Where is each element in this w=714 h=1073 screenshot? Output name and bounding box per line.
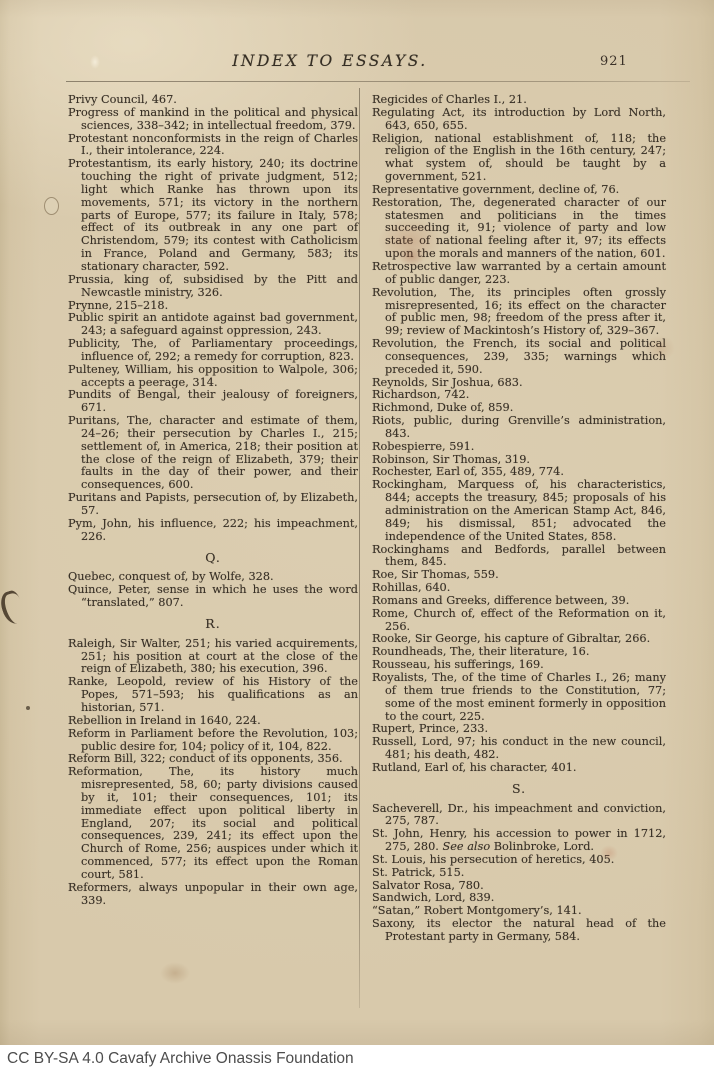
index-entry: Puritans and Papists, persecution of, by… bbox=[68, 492, 358, 518]
binding-thread-mark bbox=[0, 589, 27, 627]
index-entry: Rockingham, Marquess of, his characteris… bbox=[372, 479, 666, 543]
index-entry: Reformers, always unpopular in their own… bbox=[68, 882, 358, 908]
index-entry: Pulteney, William, his opposition to Wal… bbox=[68, 364, 358, 390]
index-entry: Quince, Peter, sense in which he uses th… bbox=[68, 584, 358, 610]
index-entry: Rohillas, 640. bbox=[372, 582, 666, 595]
index-entry: Public spirit an antidote against bad go… bbox=[68, 312, 358, 338]
index-entry: Reform in Parliament before the Revoluti… bbox=[68, 728, 358, 754]
index-entry: Representative government, decline of, 7… bbox=[372, 184, 666, 197]
column-left: Privy Council, 467.Progress of mankind i… bbox=[68, 94, 358, 907]
column-right: Regicides of Charles I., 21.Regulating A… bbox=[372, 94, 666, 944]
index-entry: Publicity, The, of Parliamentary proceed… bbox=[68, 338, 358, 364]
index-entry: Saxony, its elector the natural head of … bbox=[372, 918, 666, 944]
page-title: INDEX TO ESSAYS. bbox=[140, 52, 520, 70]
license-footer: CC BY-SA 4.0 Cavafy Archive Onassis Foun… bbox=[0, 1045, 714, 1073]
page-number: 921 bbox=[600, 54, 660, 69]
index-entry: Retrospective law warranted by a certain… bbox=[372, 261, 666, 287]
index-entry: Regicides of Charles I., 21. bbox=[372, 94, 666, 107]
index-entry: Raleigh, Sir Walter, 251; his varied acq… bbox=[68, 638, 358, 677]
section-heading: S. bbox=[372, 783, 666, 796]
index-entry: Russell, Lord, 97; his conduct in the ne… bbox=[372, 736, 666, 762]
binding-dot-mark bbox=[26, 706, 30, 710]
index-entry: Protestant nonconformists in the reign o… bbox=[68, 133, 358, 159]
index-entry: St. Patrick, 515. bbox=[372, 867, 666, 880]
index-entry: Rebellion in Ireland in 1640, 224. bbox=[68, 715, 358, 728]
index-entry: Royalists, The, of the time of Charles I… bbox=[372, 672, 666, 723]
index-entry: Puritans, The, character and estimate of… bbox=[68, 415, 358, 492]
index-entry: Regulating Act, its introduction by Lord… bbox=[372, 107, 666, 133]
index-entry: Riots, public, during Grenville’s admini… bbox=[372, 415, 666, 441]
index-entry: Privy Council, 467. bbox=[68, 94, 358, 107]
stain-mark bbox=[160, 962, 190, 984]
index-entry: Rockinghams and Bedfords, parallel betwe… bbox=[372, 544, 666, 570]
index-entry: Prussia, king of, subsidised by the Pitt… bbox=[68, 274, 358, 300]
index-entry: Rutland, Earl of, his character, 401. bbox=[372, 762, 666, 775]
index-entry: Religion, national establishment of, 118… bbox=[372, 133, 666, 184]
index-entry: Protestantism, its early history, 240; i… bbox=[68, 158, 358, 274]
index-entry: Restoration, The, degenerated character … bbox=[372, 197, 666, 261]
binding-hole-mark bbox=[44, 197, 59, 215]
header-rule bbox=[66, 81, 690, 82]
index-entry: St. John, Henry, his accession to power … bbox=[372, 828, 666, 854]
paper-highlight bbox=[90, 55, 100, 69]
index-entry: Pym, John, his influence, 222; his impea… bbox=[68, 518, 358, 544]
index-entry: Ranke, Leopold, review of his History of… bbox=[68, 676, 358, 715]
index-entry: Pundits of Bengal, their jealousy of for… bbox=[68, 389, 358, 415]
license-text: CC BY-SA 4.0 Cavafy Archive Onassis Foun… bbox=[0, 1050, 354, 1068]
book-page-scan: INDEX TO ESSAYS. 921 Privy Council, 467.… bbox=[0, 0, 714, 1045]
section-heading: R. bbox=[68, 618, 358, 631]
index-entry: Progress of mankind in the political and… bbox=[68, 107, 358, 133]
section-heading: Q. bbox=[68, 552, 358, 565]
index-entry: Revolution, the French, its social and p… bbox=[372, 338, 666, 377]
index-entry: Revolution, The, its principles often gr… bbox=[372, 287, 666, 338]
index-entry: Sacheverell, Dr., his impeachment and co… bbox=[372, 803, 666, 829]
column-divider bbox=[359, 88, 360, 1008]
screenshot-root: INDEX TO ESSAYS. 921 Privy Council, 467.… bbox=[0, 0, 714, 1073]
index-entry: Robespierre, 591. bbox=[372, 441, 666, 454]
index-entry: Reformation, The, its history much misre… bbox=[68, 766, 358, 882]
index-entry: Rome, Church of, effect of the Reformati… bbox=[372, 608, 666, 634]
index-entry: St. Louis, his persecution of heretics, … bbox=[372, 854, 666, 867]
index-entry: Romans and Greeks, difference between, 3… bbox=[372, 595, 666, 608]
